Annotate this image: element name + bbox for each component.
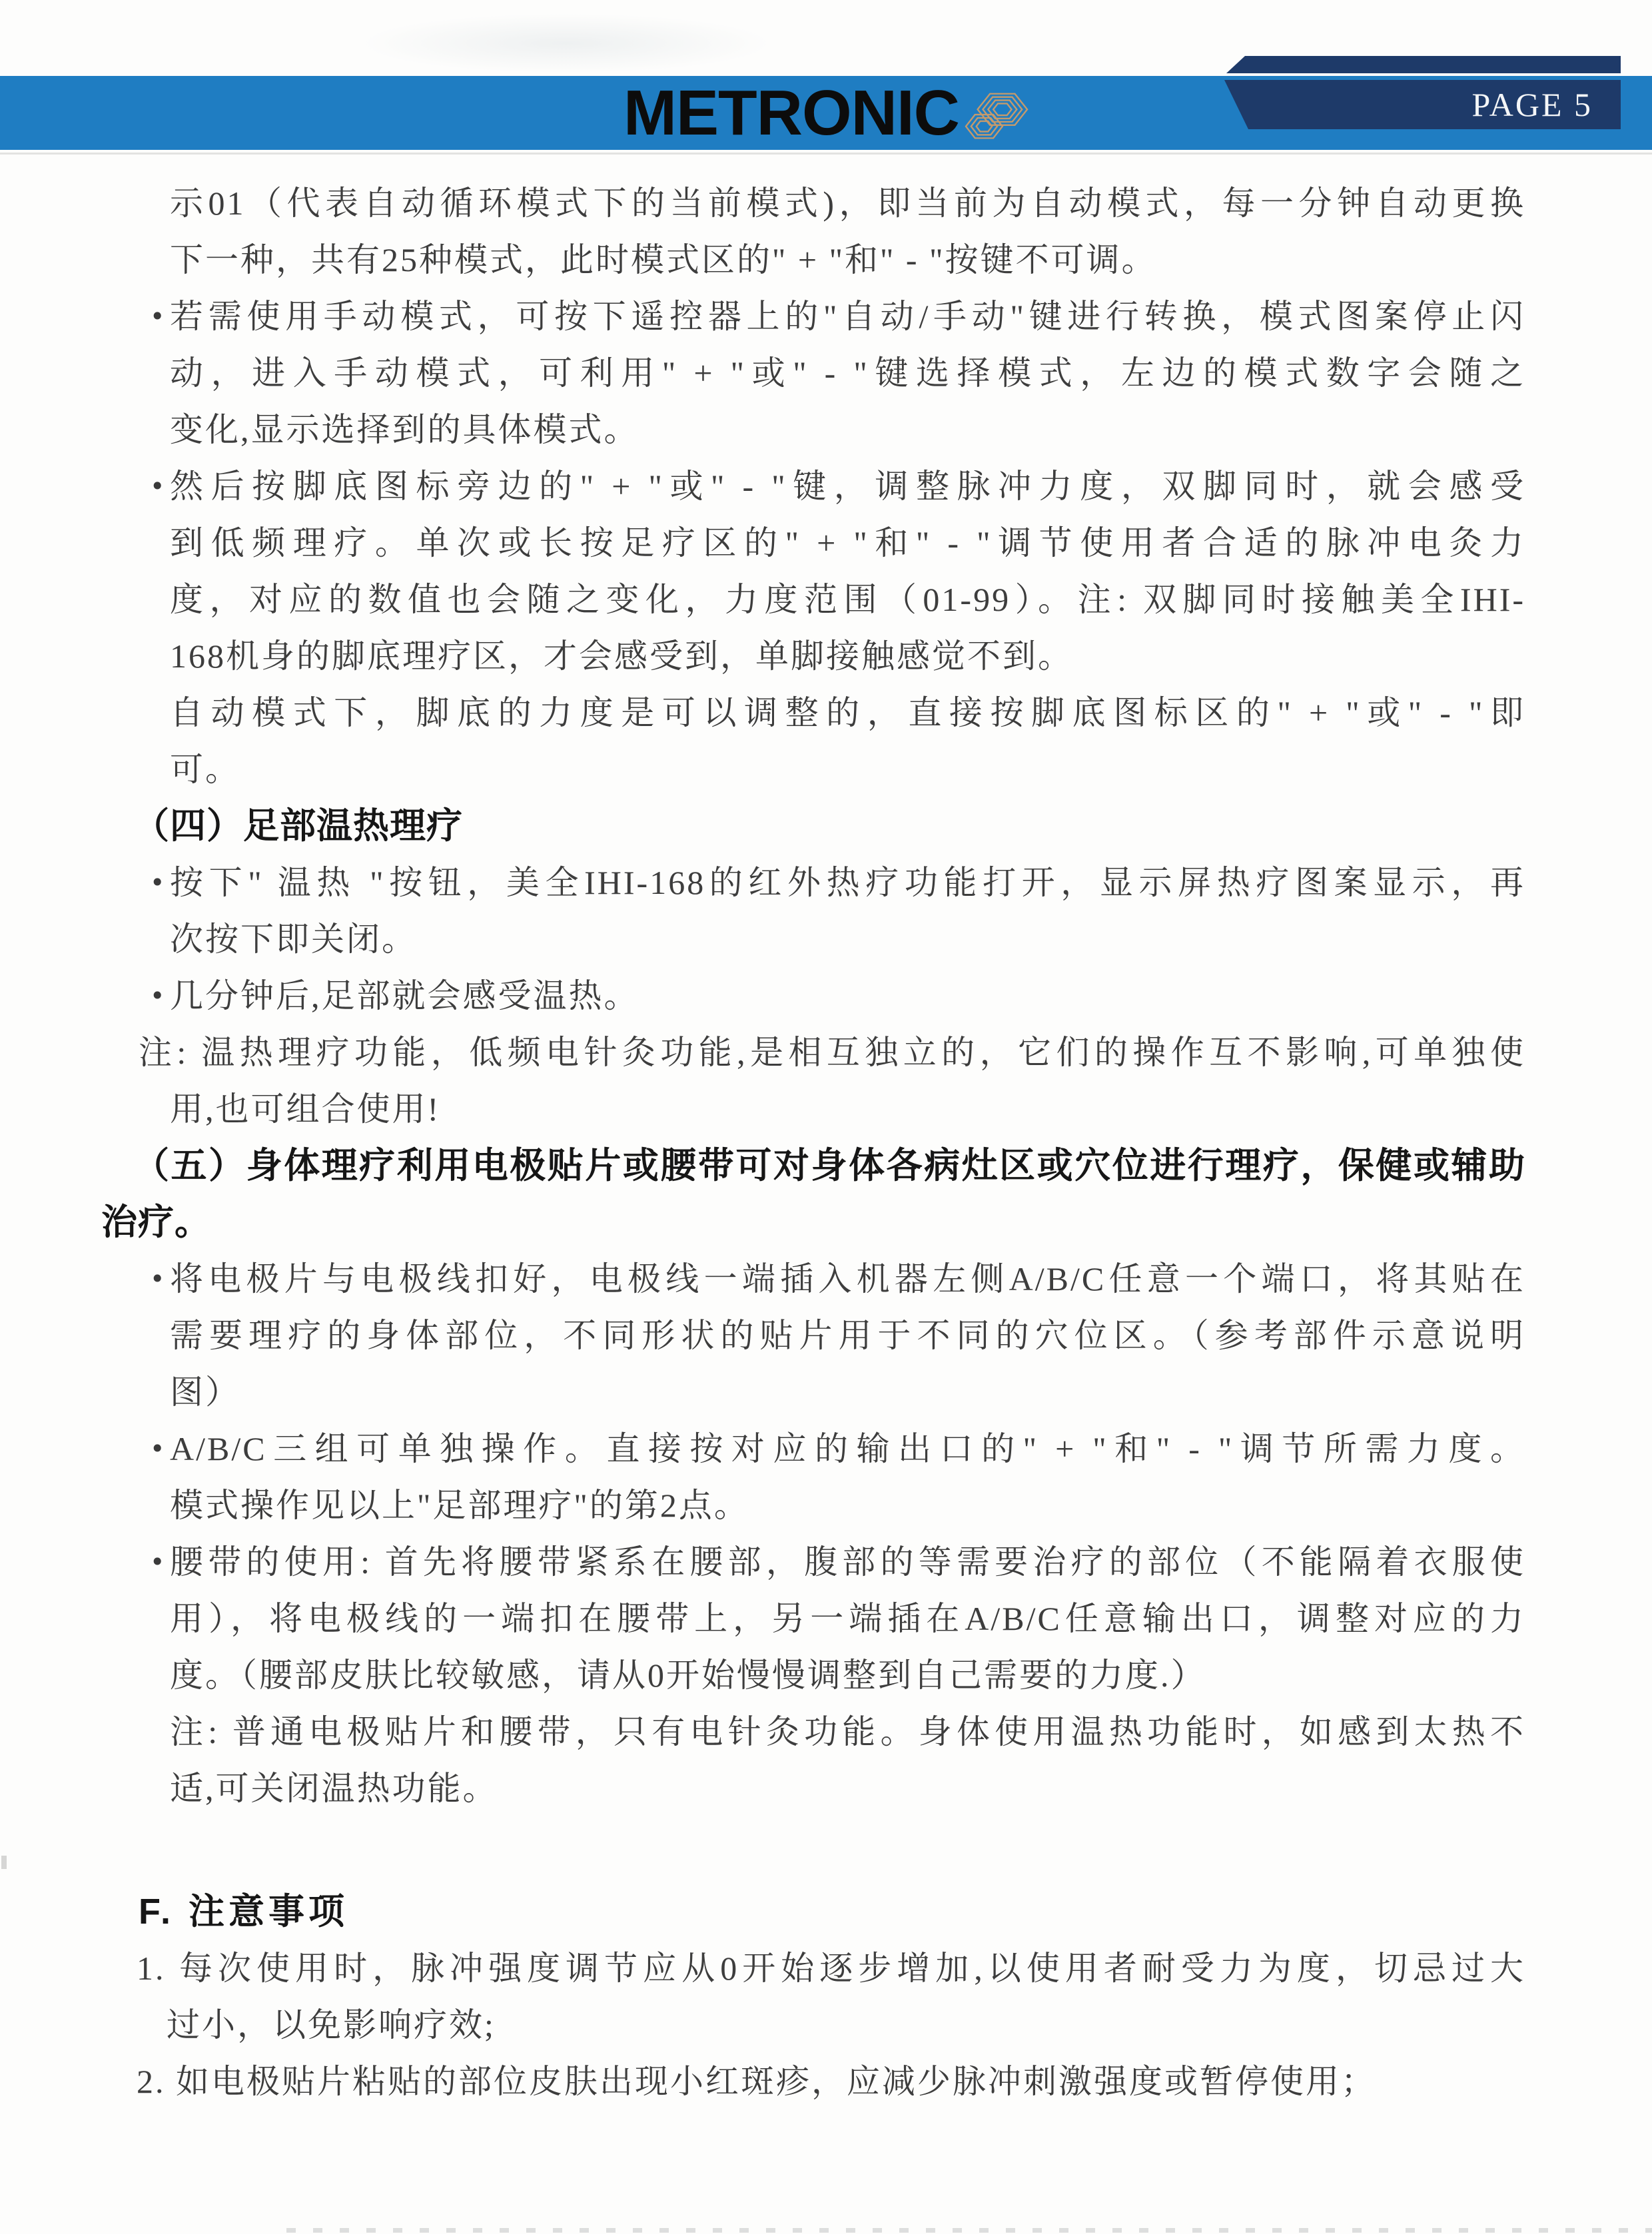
list-item-text: 若需使用手动模式，可按下遥控器上的"自动/手动"键进行转换，模式图案停止闪 [170,298,1525,335]
manual-page: METRONIC PAGE 5 示01（代表自动循环模式下的当前模式)，即当前为… [0,0,1652,2234]
text-line: 用），将电极线的一端扣在腰带上，另一端插在A/B/C任意输出口，调整对应的力 [170,1591,1525,1647]
note-line: 注: 温热理疗功能，低频电针灸功能,是相互独立的，它们的操作互不影响,可单独使 [139,1024,1525,1081]
numbered-item: 2. 如电极贴片粘贴的部位皮肤出现小红斑疹，应减少脉冲刺激强度或暂停使用； [137,2053,1525,2110]
bullet-icon: • [150,855,165,911]
text-line: 动，进入手动模式，可利用" + "或" - "键选择模式，左边的模式数字会随之 [170,345,1525,402]
list-item: •按下" 温热 "按钮，美全IHI-168的红外热疗功能打开，显示屏热疗图案显示… [170,855,1525,911]
list-item-text: A/B/C三组可单独操作。直接按对应的输出口的" + "和" - "调节所需力度… [170,1430,1525,1467]
list-item-text: 腰带的使用: 首先将腰带紧系在腰部，腹部的等需要治疗的部位（不能隔着衣服使 [170,1543,1525,1581]
text-line: 示01（代表自动循环模式下的当前模式)，即当前为自动模式，每一分钟自动更换 [170,175,1525,232]
text-line: 图） [170,1364,1525,1421]
text-line: 变化,显示选择到的具体模式。 [170,402,1525,458]
list-item: •若需使用手动模式，可按下遥控器上的"自动/手动"键进行转换，模式图案停止闪 [170,288,1525,345]
section-heading-body-therapy-cont: 治疗。 [101,1194,1457,1251]
list-item-text: 将电极片与电极线扣好，电极线一端插入机器左侧A/B/C任意一个端口，将其贴在 [170,1260,1525,1298]
scan-edge-noise [286,2228,1652,2233]
text-line: 可。 [170,741,1525,798]
text-line: 下一种，共有25种模式，此时模式区的" + "和" - "按键不可调。 [170,232,1525,288]
page-number-label: PAGE 5 [1472,88,1593,121]
text-line: 自动模式下，脚底的力度是可以调整的，直接按脚底图标区的" + "或" - "即 [170,685,1525,741]
note-line: 注: 普通电极贴片和腰带，只有电针灸功能。身体使用温热功能时，如感到太热不 [170,1704,1525,1760]
list-item: •A/B/C三组可单独操作。直接按对应的输出口的" + "和" - "调节所需力… [170,1421,1525,1477]
text-line: 过小，以免影响疗效; [167,1997,1522,2053]
header-accent-strip [1226,56,1621,73]
text-line: 次按下即关闭。 [170,911,1525,968]
list-item: •将电极片与电极线扣好，电极线一端插入机器左侧A/B/C任意一个端口，将其贴在 [170,1251,1525,1307]
bullet-icon: • [150,458,165,515]
section-heading-body-therapy: （五）身体理疗利用电极贴片或腰带可对身体各病灶区或穴位进行理疗，保健或辅助 [133,1138,1525,1194]
page-number-badge: PAGE 5 [1224,80,1621,129]
section-heading-foot-heat: （四）足部温热理疗 [133,798,1489,855]
bullet-icon: • [150,1251,165,1307]
document-body: 示01（代表自动循环模式下的当前模式)，即当前为自动模式，每一分钟自动更换 下一… [0,175,1652,2110]
bullet-icon: • [150,968,165,1024]
text-line: 模式操作见以上"足部理疗"的第2点。 [170,1477,1525,1534]
list-item-text: 几分钟后,足部就会感受温热。 [170,977,639,1014]
list-item: •然后按脚底图标旁边的" + "或" - "键，调整脉冲力度，双脚同时，就会感受 [170,458,1525,515]
text-line: 需要理疗的身体部位，不同形状的贴片用于不同的穴位区。（参考部件示意说明 [170,1307,1525,1364]
bullet-icon: • [150,288,165,345]
hexagon-logo-icon [965,92,1030,144]
text-line: 度。（腰部皮肤比较敏感，请从0开始慢慢调整到自己需要的力度.） [170,1647,1525,1704]
bullet-icon: • [150,1534,165,1591]
text-line: 到低频理疗。单次或长按足疗区的" + "和" - "调节使用者合适的脉冲电灸力 [170,515,1525,571]
numbered-item: 1. 每次使用时，脉冲强度调节应从0开始逐步增加,以使用者耐受力为度，切忌过大 [137,1940,1525,1997]
bullet-icon: • [150,1421,165,1477]
list-item: •几分钟后,足部就会感受温热。 [170,968,1525,1024]
brand-logo-text: METRONIC [623,81,959,145]
text-line: 168机身的脚底理疗区，才会感受到，单脚接触感觉不到。 [170,628,1525,685]
brand-logo: METRONIC [623,76,1030,150]
header-underline [0,153,1652,155]
text-line: 度，对应的数值也会随之变化，力度范围（01-99）。注: 双脚同时接触美全IHI… [170,571,1525,628]
text-line: 适,可关闭温热功能。 [170,1760,1525,1817]
list-item-text: 按下" 温热 "按钮，美全IHI-168的红外热疗功能打开，显示屏热疗图案显示，… [170,864,1525,901]
list-item-text: 然后按脚底图标旁边的" + "或" - "键，调整脉冲力度，双脚同时，就会感受 [170,468,1525,505]
section-heading-precautions: F. 注意事项 [139,1884,1494,1940]
scan-smudge [360,13,773,73]
text-line: 用,也可组合使用! [170,1081,1525,1138]
list-item: •腰带的使用: 首先将腰带紧系在腰部，腹部的等需要治疗的部位（不能隔着衣服使 [170,1534,1525,1591]
